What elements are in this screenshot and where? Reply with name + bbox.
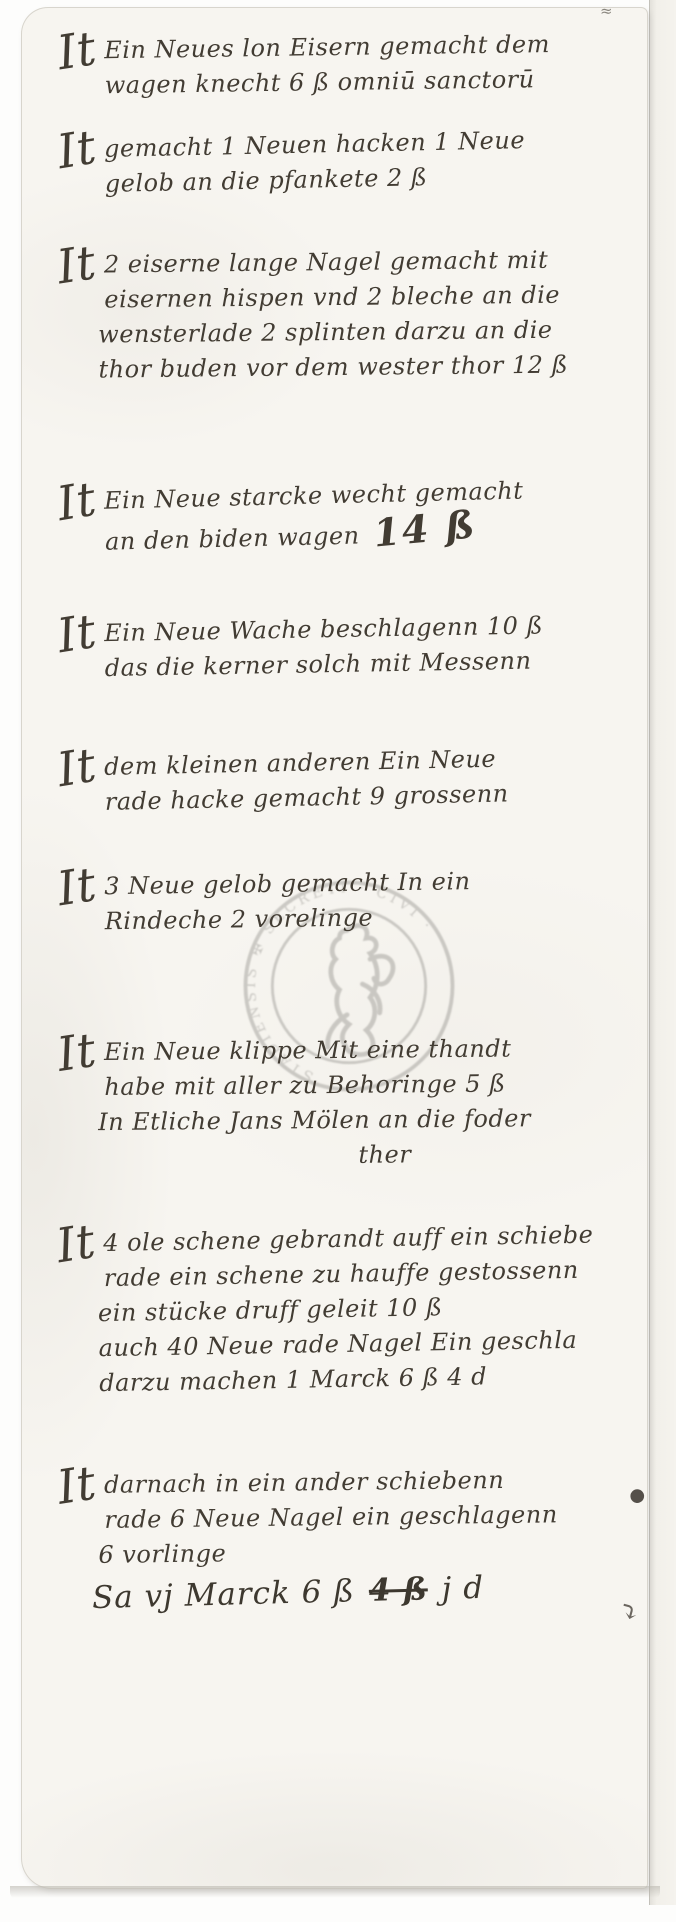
entry: It Ein Neue Wache beschlagenn 10 ß das d… [57,607,618,687]
entry-line: 2 eiserne lange Nagel gemacht mit [57,242,617,283]
entry-initial: It [55,746,99,792]
entry-line: Rindeche 2 vorelinge [98,897,618,939]
ink-top-right-mark: ≈ [600,2,613,20]
entry-initial: It [54,1222,98,1268]
next-page-edge [649,0,676,1905]
entry-initial: It [55,480,99,526]
entry-line: In Etliche Jans Mölen an die foder [98,1101,618,1141]
entry: It 4 ole schene gebrandt auff ein schieb… [57,1217,620,1402]
sum-prefix: Sa vj Marck 6 ß [92,1573,356,1616]
entry-line: 6 vorlinge [98,1532,618,1573]
entry: It 3 Neue gelob gemacht In ein Rindeche … [58,862,619,940]
entry-initial: It [55,128,99,174]
entry-line: habe mit aller zu Behoringe 5 ß [98,1066,618,1106]
entry-line: thor buden vor dem wester thor 12 ß [98,347,618,387]
entry-line: rade 6 Neue Nagel ein geschlagenn [98,1497,618,1538]
entry: It 2 eiserne lange Nagel gemacht mit eis… [57,242,618,388]
sum-suffix: j d [441,1570,484,1607]
entry: It Ein Neue starcke wecht gemacht an den… [57,471,619,561]
entry: It darnach in ein ander schiebenn rade 6… [57,1462,618,1574]
entry-line: wensterlade 2 splinten darzu an die [98,312,618,352]
entry: It gemacht 1 Neuen hacken 1 Neue gelob a… [57,121,618,203]
page-bottom-shadow [10,1886,660,1900]
entry-initial: It [55,1464,99,1509]
entry: It Ein Neues lon Eisern gemacht dem wage… [58,26,619,104]
entry-initial: It [55,1031,99,1076]
entry-initial: It [55,865,99,910]
entry: It Ein Neue klippe Mit eine thandt habe … [57,1031,618,1176]
entry-line: eisernen hispen vnd 2 bleche an die [98,277,618,317]
entry-initial: It [55,29,99,74]
sum-struck-amount: 4 ß [368,1571,428,1609]
manuscript-scan: STADIENSIS ✠ SECRETI · CIVI · It Ein Neu… [0,0,676,1922]
entry-line-text: an den biden wagen [105,521,360,555]
entry-initial: It [55,612,99,658]
entry-line: ther [358,1136,618,1173]
entry-line: wagen knecht 6 ß omniū sanctorū [98,61,618,103]
entry-line: Ein Neue klippe Mit eine thandt [57,1031,617,1071]
entry: It dem kleinen anderen Ein Neue rade hac… [57,739,618,821]
entry-initial: It [55,243,99,288]
amount-large: 14 ß [372,506,478,551]
